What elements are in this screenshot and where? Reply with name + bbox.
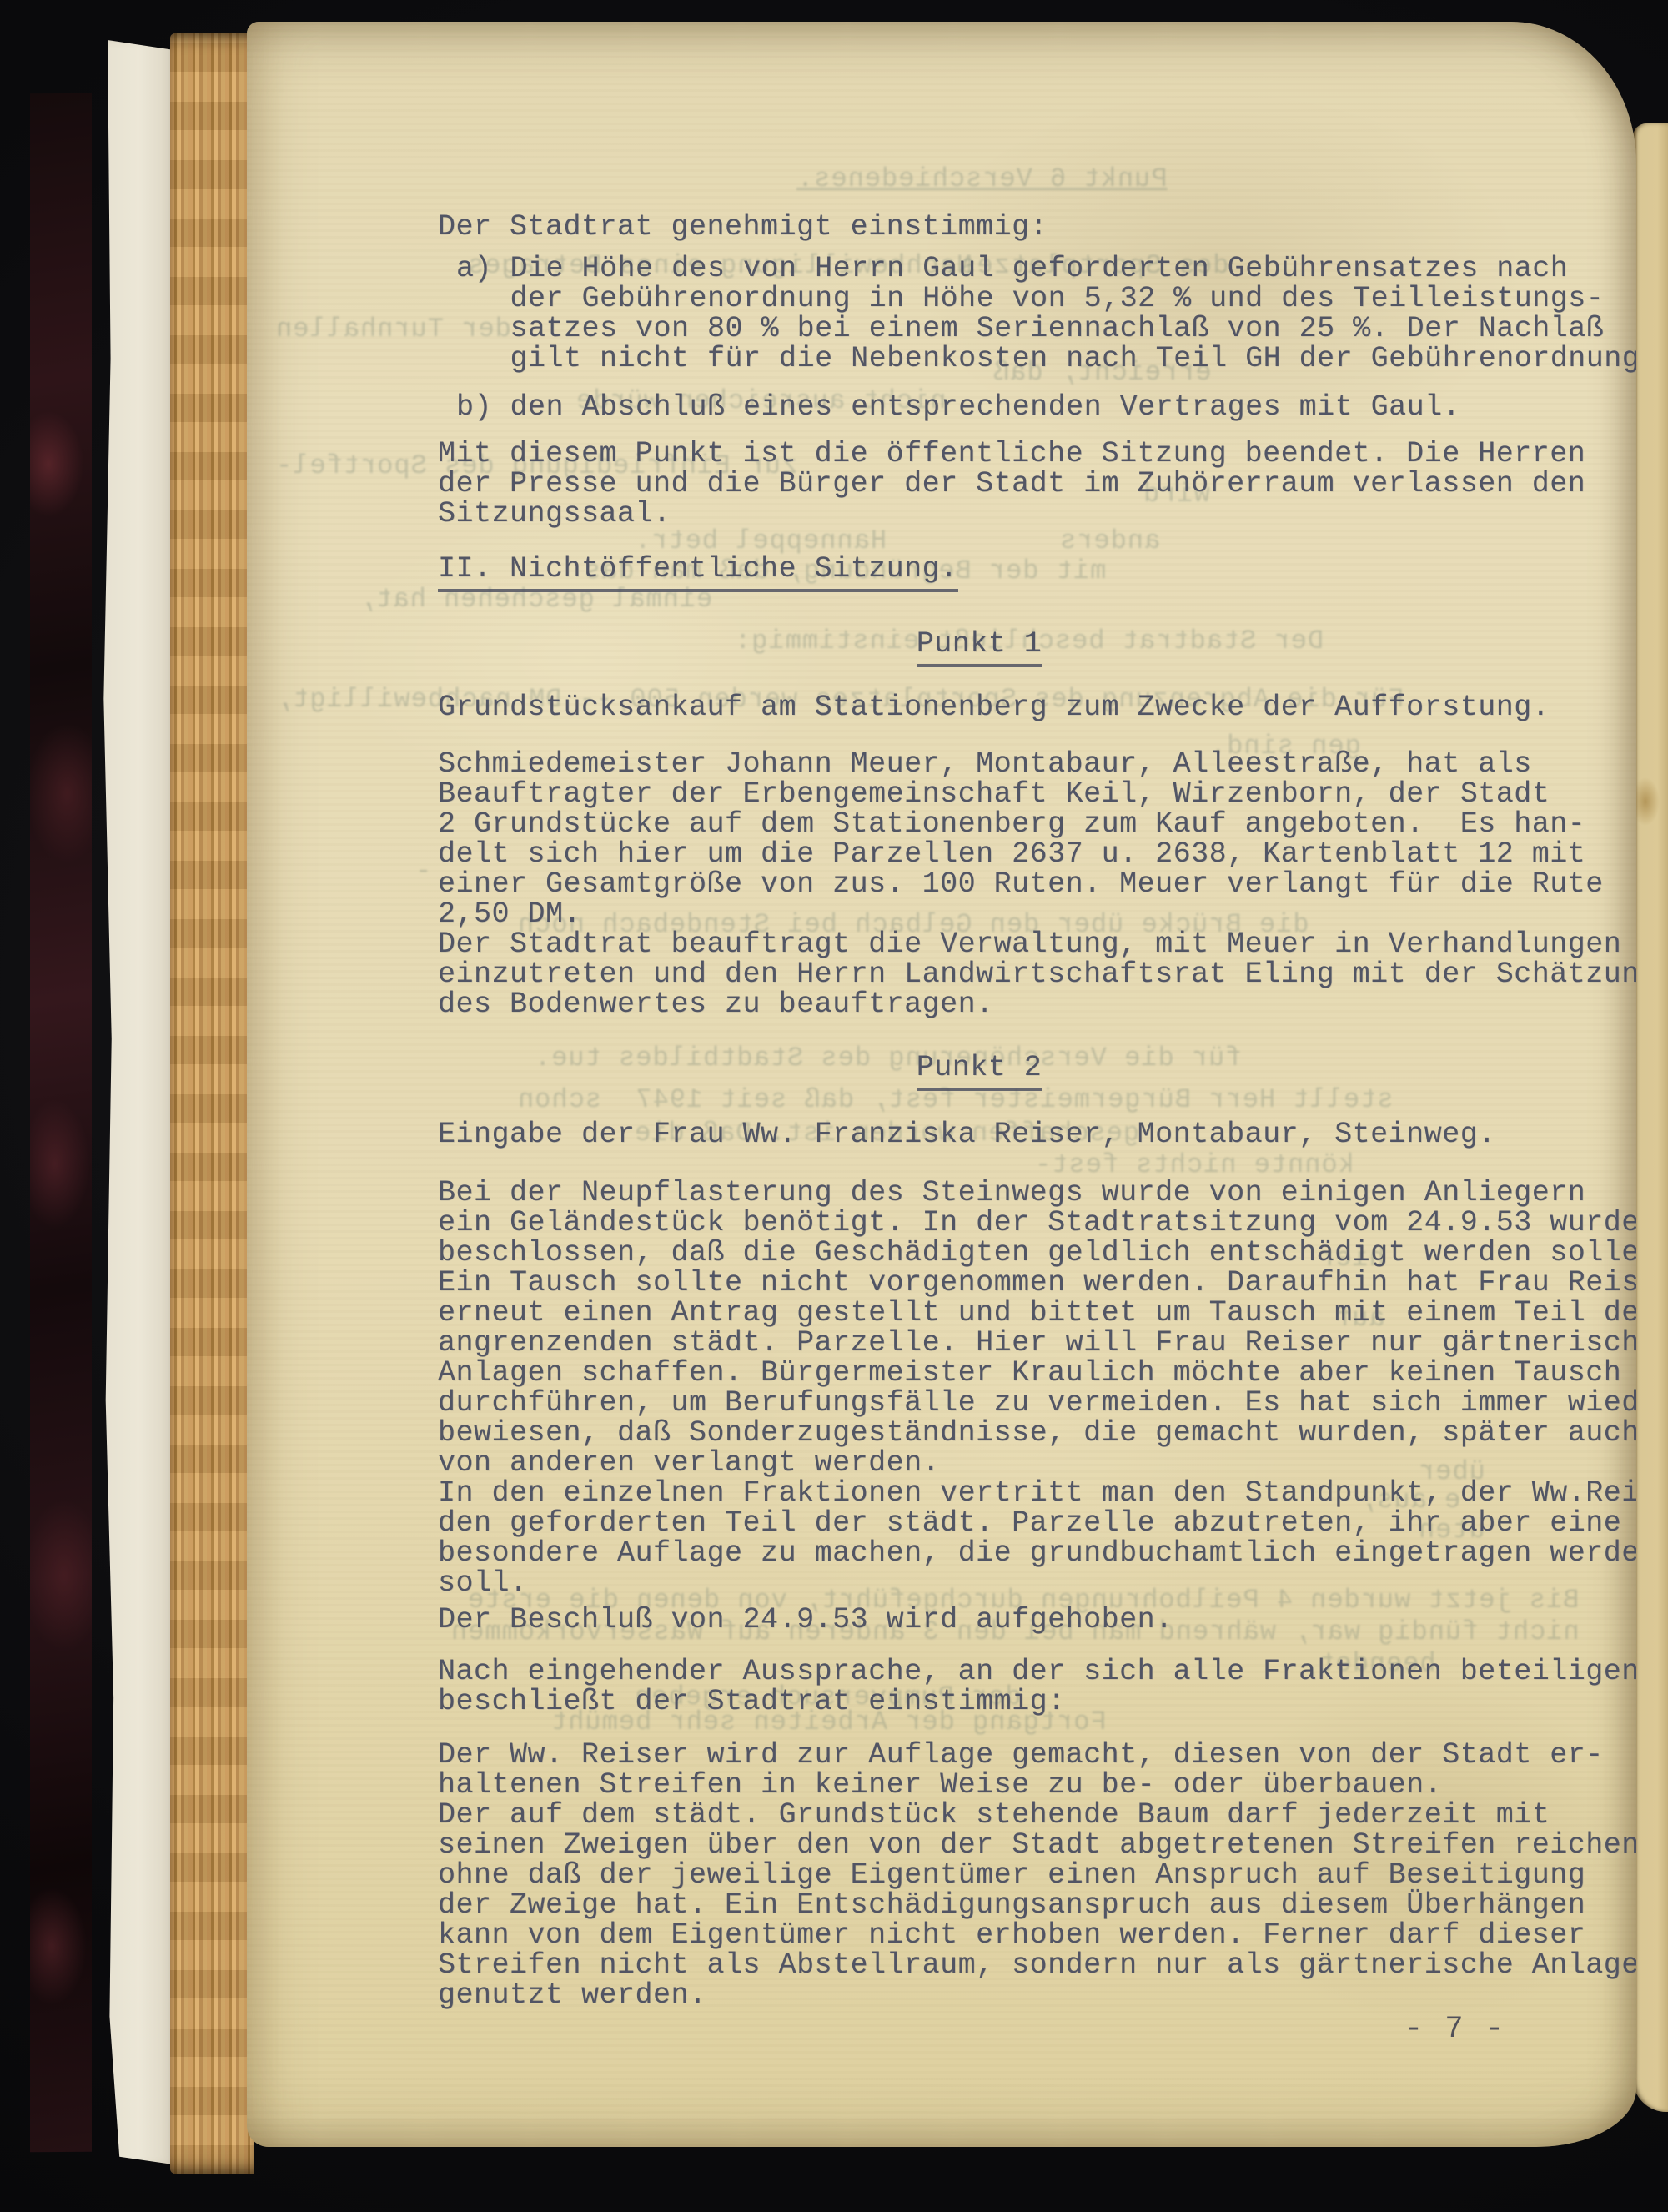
bleedthrough-text: der Pumpversuch ergeben [634, 1682, 1022, 1712]
bleedthrough-text: Punkt 6 Verschiedenes. [796, 163, 1167, 194]
bleedthrough-text: wird [1143, 479, 1210, 510]
bleedthrough-text: Bis jetzt wurden 4 Peilbohrungen durchge… [467, 1585, 1579, 1616]
bleedthrough-text: nicht fündig war, während man bei den 3 … [450, 1616, 1580, 1647]
page-block-gilt-edges [170, 33, 254, 2174]
bleedthrough-text: könnte nichts fest- [1034, 1149, 1354, 1180]
bleedthrough-text: des Sportplatzes. [942, 250, 1228, 281]
bleedthrough-text: nicht ausreichen würde [575, 385, 946, 416]
bleedthrough-text: Hanneppel betr. [634, 525, 887, 556]
bleedthrough-text: über [1418, 1456, 1485, 1487]
typed-paragraph: Bei der Neupflasterung des Steinwegs wur… [438, 1178, 1636, 1598]
bleedthrough-text: gen sind. [1209, 731, 1361, 762]
typed-paragraph: b) den Abschluß eines entsprechenden Ver… [456, 392, 1460, 422]
bleedthrough-text: die Brücke über den Gelbach bei Stendeba… [517, 909, 1309, 940]
section-heading: Punkt 2 [917, 1053, 1042, 1091]
bleedthrough-text: hier [1318, 1243, 1385, 1274]
text-column: Der Stadtrat genehmigt einstimmig:a) Die… [438, 212, 1636, 2010]
next-page-sliver [1633, 123, 1668, 2112]
bleedthrough-text: Nachbewilligung eines Betrages [467, 250, 972, 281]
section-heading: Punkt 1 [917, 629, 1042, 667]
bleedthrough-text: geschaffen worden ist. Daß die [634, 1118, 1139, 1149]
typed-paragraph: Der Stadtrat beauftragt die Verwaltung, … [438, 929, 1636, 1019]
bleedthrough-text: Fortgang der Arbeiten sehr bemüht [550, 1707, 1107, 1737]
bleedthrough-text: anders [1059, 525, 1160, 556]
bleedthrough-text: auf [1334, 1303, 1385, 1334]
page-number: - 7 - [1404, 2012, 1505, 2047]
bleedthrough-text: beendet, [1301, 1648, 1436, 1679]
typed-paragraph: Nach eingehender Aussprache, an der sich… [438, 1656, 1636, 1717]
scanned-book-page: Punkt 6 Verschiedenes.Nachbewilligung ei… [0, 0, 1668, 2212]
typed-paragraph: Der Beschluß von 24.9.53 wird aufgehoben… [438, 1605, 1173, 1635]
bleedthrough-text: zur Einfriedigung des Sportfel- [275, 450, 797, 481]
typed-text-layer: Der Stadtrat genehmigt einstimmig:a) Die… [247, 22, 1636, 2147]
typed-paragraph: Der Stadtrat genehmigt einstimmig: [438, 212, 1048, 242]
document-page: Punkt 6 Verschiedenes.Nachbewilligung ei… [247, 22, 1636, 2147]
bleedthrough-layer: Punkt 6 Verschiedenes.Nachbewilligung ei… [247, 22, 1636, 2147]
bleedthrough-text: erreicht, daß [992, 357, 1212, 388]
bleedthrough-text: mit der Begründung, daß man das [584, 556, 1106, 586]
endpaper-edge [80, 40, 178, 2165]
bleedthrough-text: einmal geschehen hat, [359, 584, 712, 615]
bleedthrough-text: uten [1418, 1515, 1485, 1546]
typed-paragraph: Eingabe der Frau Ww. Franziska Reiser, M… [438, 1119, 1496, 1149]
bleedthrough-text: e aus, [1359, 1485, 1460, 1516]
bleedthrough-text: für die Verschönerung des Stadtbildes tu… [534, 1043, 1242, 1073]
typed-paragraph: Der Ww. Reiser wird zur Auflage gemacht,… [438, 1740, 1636, 2010]
typed-paragraph: Schmiedemeister Johann Meuer, Montabaur,… [438, 749, 1604, 929]
bleedthrough-text: stellt Herr Bürgermeister fest, daß seit… [517, 1084, 1394, 1115]
bleedthrough-text: Für die Abgrenzung des Sportplatzes werd… [275, 684, 1404, 715]
section-heading: II. Nichtöffentliche Sitzung. [438, 554, 958, 592]
typed-paragraph: Mit diesem Punkt ist die öffentliche Sit… [438, 439, 1585, 529]
typed-paragraph: a) Die Höhe des von Herrn Gaul gefordert… [456, 254, 1636, 374]
bleedthrough-text: - [414, 856, 431, 887]
bleedthrough-text: Der Stadtrat beschließt einstimmig: [734, 626, 1324, 656]
typed-paragraph: Grundstücksankauf am Stationenberg zum Z… [438, 692, 1550, 722]
bleedthrough-text: der Turnhallen [275, 314, 511, 344]
book-cover-marbled-edge [30, 93, 92, 2153]
